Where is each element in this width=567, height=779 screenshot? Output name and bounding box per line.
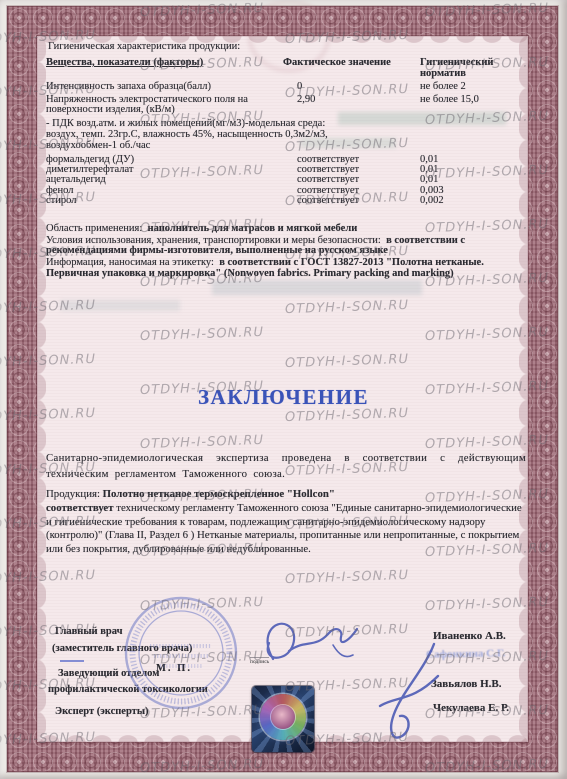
hologram-sticker [252, 686, 314, 752]
pen-underline [60, 660, 84, 662]
signature-scribble-1 [245, 615, 365, 673]
chief-doctor-label: Главный врач [55, 626, 123, 637]
round-stamp-icon [122, 594, 240, 712]
signature-scribble-2 [372, 640, 447, 750]
certificate-page: Гигиеническая характеристика продукции: … [0, 0, 567, 779]
